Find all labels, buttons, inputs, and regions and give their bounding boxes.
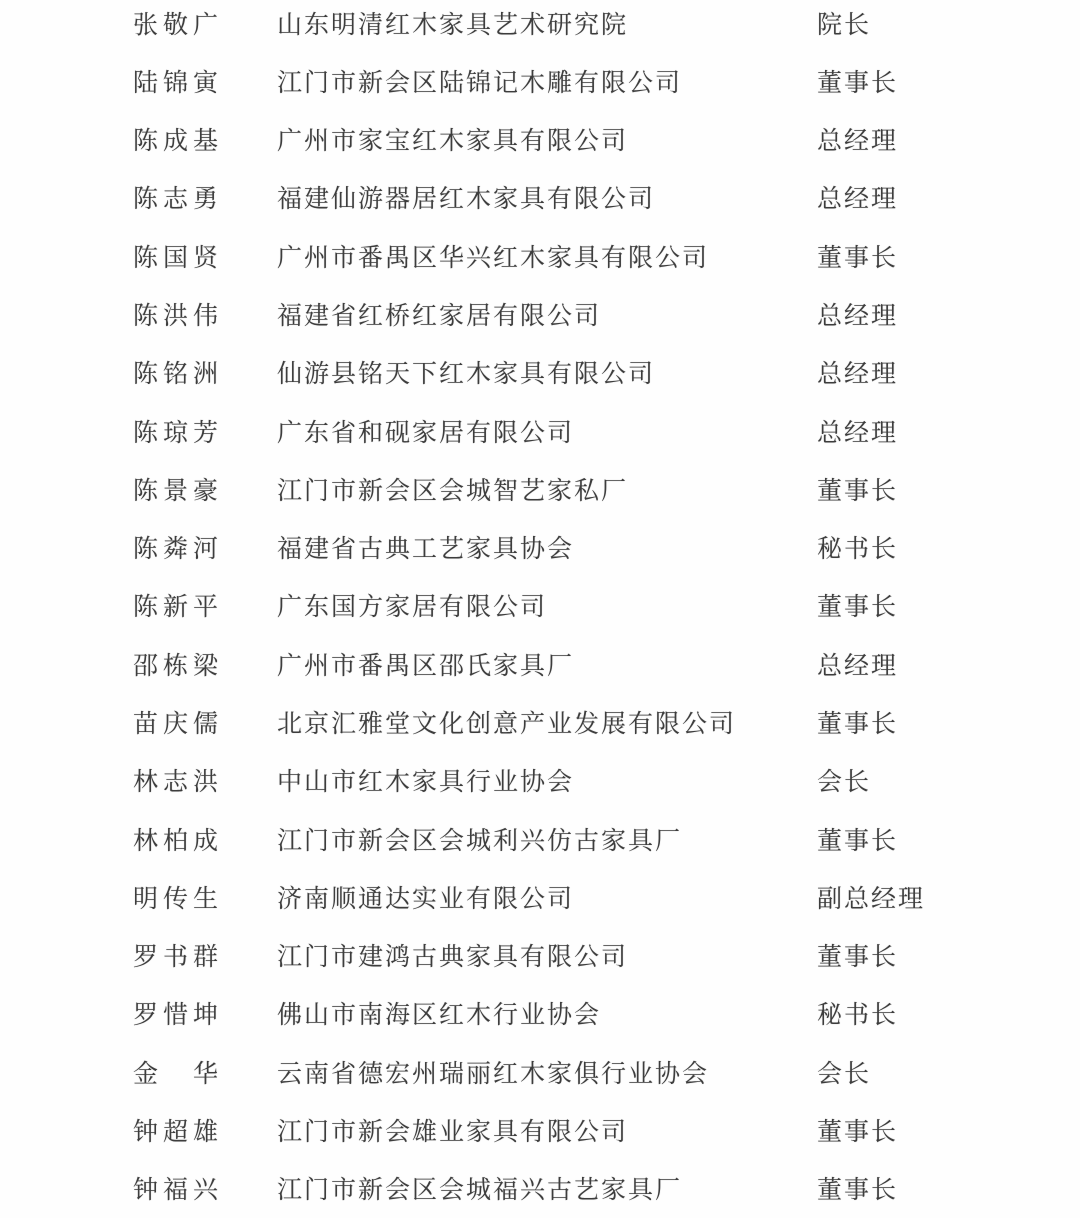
organization-name: 佛山市南海区红木行业协会 bbox=[277, 1003, 817, 1028]
job-title: 会长 bbox=[817, 770, 871, 795]
job-title: 总经理 bbox=[817, 421, 898, 446]
job-title: 董事长 bbox=[817, 1178, 898, 1203]
organization-name: 仙游县铭天下红木家具有限公司 bbox=[277, 362, 817, 387]
table-row: 邵栋梁 广州市番禺区邵氏家具厂 总经理 bbox=[0, 637, 1080, 695]
person-name: 陆锦寅 bbox=[133, 71, 277, 96]
person-name: 明传生 bbox=[133, 887, 277, 912]
organization-name: 江门市新会区会城智艺家私厂 bbox=[277, 479, 817, 504]
job-title: 总经理 bbox=[817, 187, 898, 212]
person-name: 陈铭洲 bbox=[133, 362, 277, 387]
table-row: 苗庆儒 北京汇雅堂文化创意产业发展有限公司 董事长 bbox=[0, 695, 1080, 753]
table-row: 陈志勇 福建仙游器居红木家具有限公司 总经理 bbox=[0, 171, 1080, 229]
organization-name: 广州市家宝红木家具有限公司 bbox=[277, 129, 817, 154]
job-title: 董事长 bbox=[817, 712, 898, 737]
table-row: 明传生 济南顺通达实业有限公司 副总经理 bbox=[0, 870, 1080, 928]
job-title: 总经理 bbox=[817, 362, 898, 387]
table-row: 金 华 云南省德宏州瑞丽红木家俱行业协会 会长 bbox=[0, 1045, 1080, 1103]
job-title: 总经理 bbox=[817, 654, 898, 679]
job-title: 董事长 bbox=[817, 945, 898, 970]
job-title: 会长 bbox=[817, 1062, 871, 1087]
person-name: 陈粦河 bbox=[133, 537, 277, 562]
organization-name: 江门市新会区会城福兴古艺家具厂 bbox=[277, 1178, 817, 1203]
job-title: 总经理 bbox=[817, 304, 898, 329]
job-title: 董事长 bbox=[817, 829, 898, 854]
person-name: 陈景豪 bbox=[133, 479, 277, 504]
organization-name: 广东省和砚家居有限公司 bbox=[277, 421, 817, 446]
organization-name: 福建省古典工艺家具协会 bbox=[277, 537, 817, 562]
person-name: 林志洪 bbox=[133, 770, 277, 795]
job-title: 副总经理 bbox=[817, 887, 925, 912]
table-row: 钟福兴 江门市新会区会城福兴古艺家具厂 董事长 bbox=[0, 1162, 1080, 1218]
job-title: 董事长 bbox=[817, 71, 898, 96]
table-row: 陈铭洲 仙游县铭天下红木家具有限公司 总经理 bbox=[0, 346, 1080, 404]
person-name: 陈新平 bbox=[133, 595, 277, 620]
organization-name: 广州市番禺区邵氏家具厂 bbox=[277, 654, 817, 679]
organization-name: 济南顺通达实业有限公司 bbox=[277, 887, 817, 912]
table-row: 张敬广 山东明清红木家具艺术研究院 院长 bbox=[0, 0, 1080, 54]
scanned-document-page: 张敬广 山东明清红木家具艺术研究院 院长 陆锦寅 江门市新会区陆锦记木雕有限公司… bbox=[0, 0, 1080, 1218]
organization-name: 江门市建鸿古典家具有限公司 bbox=[277, 945, 817, 970]
organization-name: 广东国方家居有限公司 bbox=[277, 595, 817, 620]
organization-name: 广州市番禺区华兴红木家具有限公司 bbox=[277, 246, 817, 271]
job-title: 秘书长 bbox=[817, 1003, 898, 1028]
person-name: 林柏成 bbox=[133, 829, 277, 854]
organization-name: 中山市红木家具行业协会 bbox=[277, 770, 817, 795]
table-row: 陈琼芳 广东省和砚家居有限公司 总经理 bbox=[0, 404, 1080, 462]
person-name: 陈国贤 bbox=[133, 246, 277, 271]
table-row: 林柏成 江门市新会区会城利兴仿古家具厂 董事长 bbox=[0, 812, 1080, 870]
table-row: 罗书群 江门市建鸿古典家具有限公司 董事长 bbox=[0, 929, 1080, 987]
job-title: 总经理 bbox=[817, 129, 898, 154]
person-name: 苗庆儒 bbox=[133, 712, 277, 737]
job-title: 董事长 bbox=[817, 479, 898, 504]
job-title: 秘书长 bbox=[817, 537, 898, 562]
person-name: 陈琼芳 bbox=[133, 421, 277, 446]
person-name: 钟福兴 bbox=[133, 1178, 277, 1203]
table-row: 钟超雄 江门市新会雄业家具有限公司 董事长 bbox=[0, 1103, 1080, 1161]
person-name: 钟超雄 bbox=[133, 1120, 277, 1145]
job-title: 院长 bbox=[817, 13, 871, 38]
organization-name: 福建省红桥红家居有限公司 bbox=[277, 304, 817, 329]
person-name: 陈志勇 bbox=[133, 187, 277, 212]
organization-name: 北京汇雅堂文化创意产业发展有限公司 bbox=[277, 712, 817, 737]
organization-name: 江门市新会雄业家具有限公司 bbox=[277, 1120, 817, 1145]
person-name: 陈成基 bbox=[133, 129, 277, 154]
organization-name: 山东明清红木家具艺术研究院 bbox=[277, 13, 817, 38]
person-name: 罗书群 bbox=[133, 945, 277, 970]
job-title: 董事长 bbox=[817, 595, 898, 620]
table-row: 陈粦河 福建省古典工艺家具协会 秘书长 bbox=[0, 521, 1080, 579]
organization-name: 江门市新会区陆锦记木雕有限公司 bbox=[277, 71, 817, 96]
job-title: 董事长 bbox=[817, 1120, 898, 1145]
person-name: 邵栋梁 bbox=[133, 654, 277, 679]
person-name: 金 华 bbox=[133, 1062, 277, 1087]
attendee-roster-table: 张敬广 山东明清红木家具艺术研究院 院长 陆锦寅 江门市新会区陆锦记木雕有限公司… bbox=[0, 0, 1080, 1218]
job-title: 董事长 bbox=[817, 246, 898, 271]
table-row: 陈景豪 江门市新会区会城智艺家私厂 董事长 bbox=[0, 462, 1080, 520]
person-name: 罗惜坤 bbox=[133, 1003, 277, 1028]
table-row: 陈国贤 广州市番禺区华兴红木家具有限公司 董事长 bbox=[0, 229, 1080, 287]
table-row: 陆锦寅 江门市新会区陆锦记木雕有限公司 董事长 bbox=[0, 54, 1080, 112]
person-name: 张敬广 bbox=[133, 13, 277, 38]
table-row: 陈新平 广东国方家居有限公司 董事长 bbox=[0, 579, 1080, 637]
organization-name: 江门市新会区会城利兴仿古家具厂 bbox=[277, 829, 817, 854]
table-row: 林志洪 中山市红木家具行业协会 会长 bbox=[0, 754, 1080, 812]
table-row: 陈成基 广州市家宝红木家具有限公司 总经理 bbox=[0, 113, 1080, 171]
organization-name: 云南省德宏州瑞丽红木家俱行业协会 bbox=[277, 1062, 817, 1087]
table-row: 罗惜坤 佛山市南海区红木行业协会 秘书长 bbox=[0, 987, 1080, 1045]
table-row: 陈洪伟 福建省红桥红家居有限公司 总经理 bbox=[0, 287, 1080, 345]
organization-name: 福建仙游器居红木家具有限公司 bbox=[277, 187, 817, 212]
person-name: 陈洪伟 bbox=[133, 304, 277, 329]
